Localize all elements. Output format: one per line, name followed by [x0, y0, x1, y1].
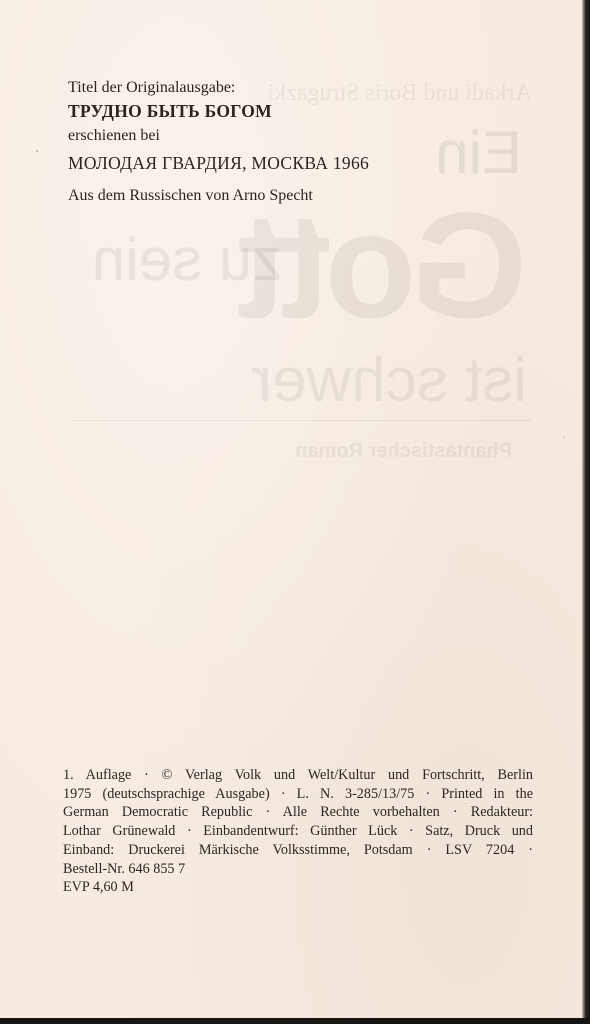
scan-border-bottom	[0, 1018, 590, 1024]
imprint-line: Lothar Grünewald · Einbandentwurf: Günth…	[63, 822, 533, 841]
imprint-line: 1. Auflage · © Verlag Volk und Welt/Kult…	[63, 766, 533, 785]
price: EVP 4,60 M	[63, 878, 533, 897]
book-page: Arkadi und Boris Strugazki Ein Gott zu s…	[0, 0, 582, 1018]
show-through-subtitle: Phantastischer Roman	[295, 440, 512, 463]
show-through-rule	[72, 420, 532, 421]
original-publisher: МОЛОДАЯ ГВАРДИЯ, МОСКВА 1966	[68, 152, 369, 174]
show-through-title-gott: Gott	[243, 190, 527, 340]
original-title-label: Titel der Originalausgabe:	[68, 78, 369, 98]
paper-speck	[563, 436, 565, 438]
imprint-line: 1975 (deutschsprachige Ausgabe) · L. N. …	[63, 785, 533, 804]
scan-border-right	[582, 0, 590, 1024]
show-through-title-ist-schwer: ist schwer	[251, 345, 527, 416]
order-number: Bestell-Nr. 646 855 7	[63, 860, 533, 879]
imprint-line: Einband: Druckerei Märkische Volksstimme…	[63, 841, 533, 860]
translator-credit: Aus dem Russischen von Arno Specht	[68, 186, 369, 206]
original-title: ТРУДНО БЫТЬ БОГОМ	[68, 100, 369, 122]
imprint-block: 1. Auflage · © Verlag Volk und Welt/Kult…	[63, 766, 533, 897]
show-through-title-ein: Ein	[435, 118, 522, 187]
paper-speck	[36, 150, 38, 152]
imprint-line: German Democratic Republic · Alle Rechte…	[63, 803, 533, 822]
show-through-title-zu-sein: zu sein	[92, 225, 282, 294]
original-title-block: Titel der Originalausgabe: ТРУДНО БЫТЬ Б…	[68, 78, 369, 206]
publisher-label: erschienen bei	[68, 126, 369, 146]
